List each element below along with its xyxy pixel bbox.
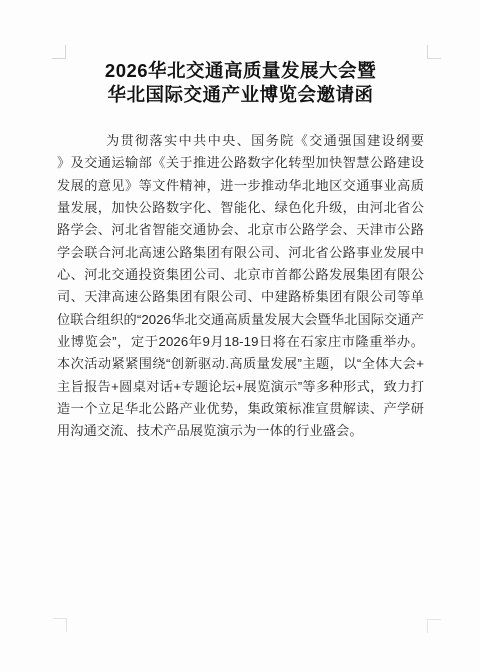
body-line: 发展的意见》等文件精神，进一步推动华北地区交通事业高质 [57,175,424,197]
body-line: 》及交通运输部《关于推进公路数字化转型加快智慧公路建设 [57,152,424,174]
body-line: 司、天津高速公路集团有限公司、中建路桥集团有限公司等单 [57,286,424,308]
document-page: 2026华北交通高质量发展大会暨 华北国际交通产业博览会邀请函 为贯彻落实中共中… [0,0,480,672]
body-line: 造一个立足华北公路产业优势，集政策标准宣贯解读、产学研 [57,398,424,420]
body-line: 心、河北交通投资集团公司、北京市首都公路发展集团有限公 [57,264,424,286]
margin-corner-mark-bottom-right [427,619,441,633]
document-content: 2026华北交通高质量发展大会暨 华北国际交通产业博览会邀请函 为贯彻落实中共中… [57,59,424,443]
margin-corner-mark-bottom-left [53,618,67,632]
body-line: 为贯彻落实中共中央、国务院《交通强国建设纲要 [57,130,424,152]
body-line: 业博览会”，定于2026年9月18-19日将在石家庄市隆重举办。 [57,331,424,353]
body-line: 学会联合河北高速公路集团有限公司、河北省公路事业发展中 [57,242,424,264]
margin-corner-mark-top-right [427,45,441,59]
body-line: 位联合组织的“2026华北交通高质量发展大会暨华北国际交通产 [57,309,424,331]
title-line-2: 华北国际交通产业博览会邀请函 [57,83,424,107]
body-line: 路学会、河北省智能交通协会、北京市公路学会、天津市公路 [57,219,424,241]
body-line: 用沟通交流、技术产品展览演示为一体的行业盛会。 [57,420,424,442]
body-line: 主旨报告+圆桌对话+专题论坛+展览演示”等多种形式，致力打 [57,376,424,398]
document-title: 2026华北交通高质量发展大会暨 华北国际交通产业博览会邀请函 [57,59,424,106]
margin-corner-mark-top-left [52,45,66,59]
title-line-1: 2026华北交通高质量发展大会暨 [57,59,424,83]
body-line: 量发展，加快公路数字化、智能化、绿色化升级，由河北省公 [57,197,424,219]
document-body-paragraph: 为贯彻落实中共中央、国务院《交通强国建设纲要 》及交通运输部《关于推进公路数字化… [57,130,424,443]
body-line: 本次活动紧紧围绕“创新驱动.高质量发展”主题，以“全体大会+ [57,353,424,375]
